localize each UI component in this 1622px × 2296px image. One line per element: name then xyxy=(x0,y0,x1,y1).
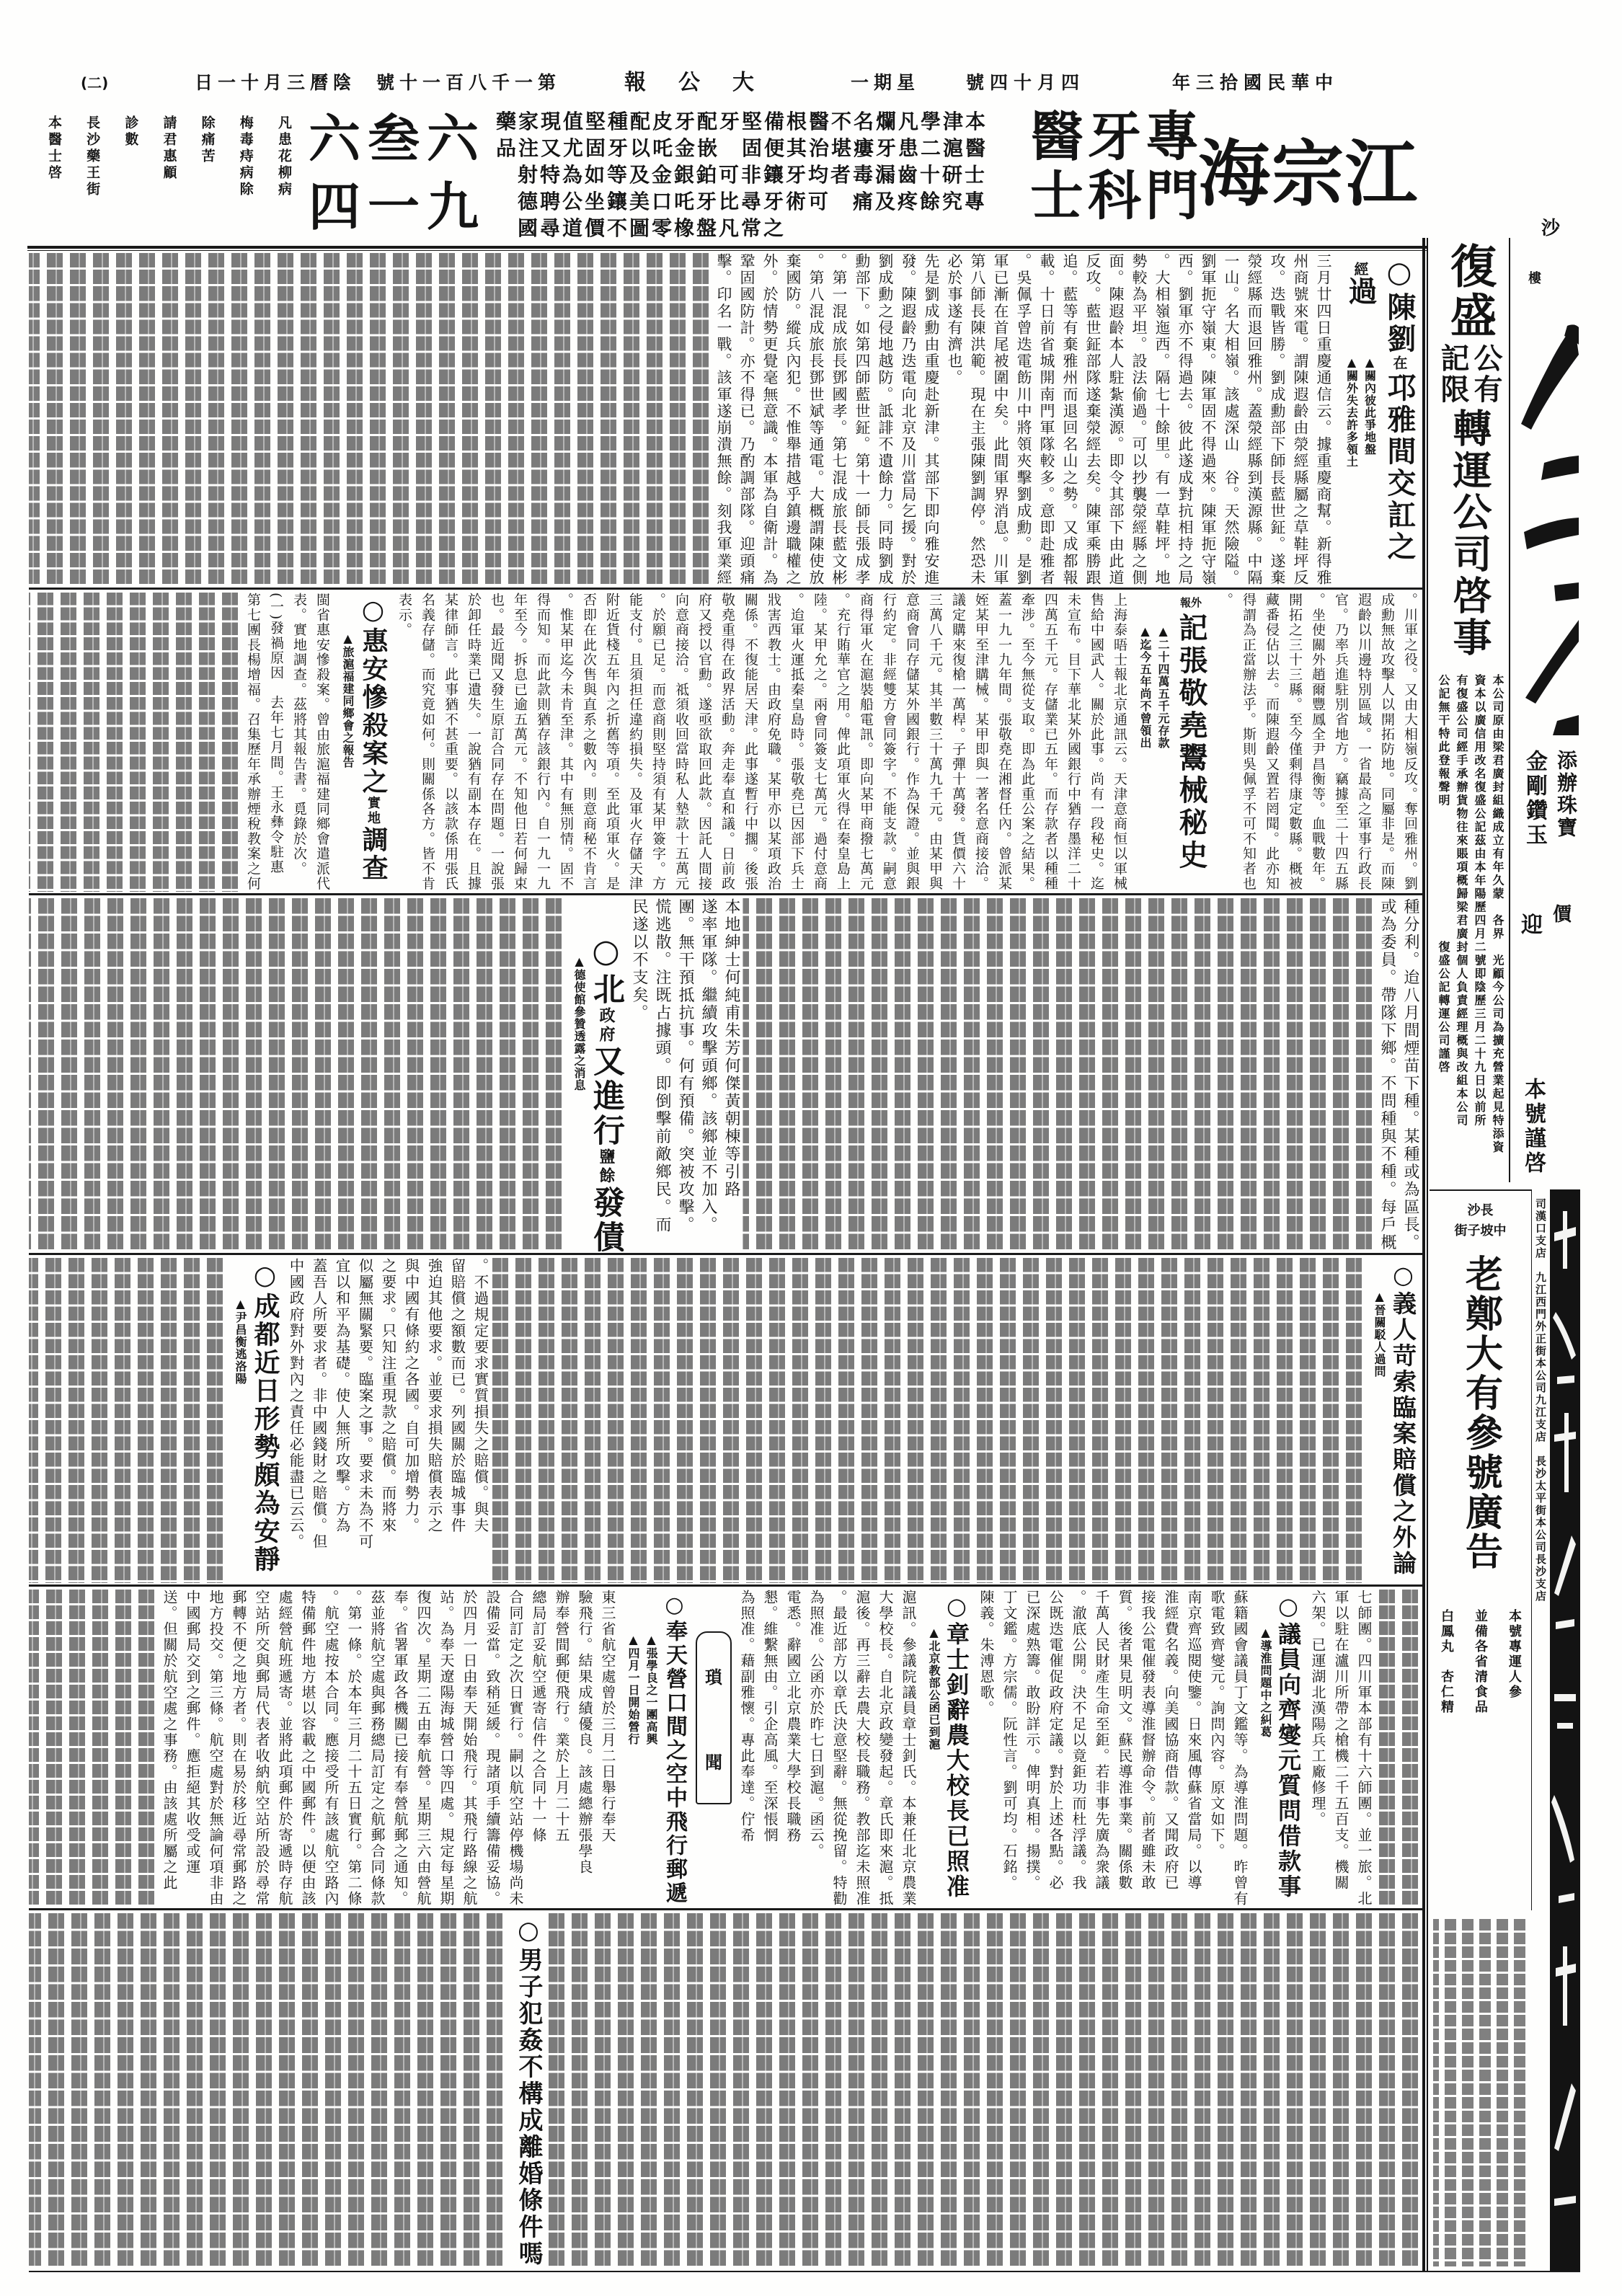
text-column: 宜以和平為基礎。使人無所攻擊。方為 xyxy=(330,1258,353,1583)
issue-number: 第一千八百一十號 xyxy=(376,70,561,96)
illegible-text-columns xyxy=(548,1913,1422,2268)
article-body-chen-liu: 三月廿四日重慶通信云。據重慶商幫。新得雅州商號來電。謂陳遐齡由滎經縣屬之草鞋坪反… xyxy=(712,253,1335,586)
headline-part: ○惠安慘殺案之 xyxy=(358,595,388,796)
text-column: 勢較為平坦。設法偷過。可以抄襲滎經縣之側 xyxy=(1127,253,1151,586)
news-tier-1: ○陳劉在邛雅間交訌之 經過 ▲關內彼此爭地盤▲關外失去許多領土 三月廿四日重慶通… xyxy=(29,253,1422,586)
text-column: 發。陳遐齡乃迭電向北京及川當局乞援。對於 xyxy=(897,253,920,586)
text-column: 滬後。再三辭去農大校長職務。教部迄未照准 xyxy=(851,1590,874,1907)
text-column: 南京齊巡閱使鑒。日來風傳蘇省當局。以導 xyxy=(1182,1590,1205,1907)
ad-item-column: 白鳳丸 杏仁精 xyxy=(1437,1609,1455,1897)
text-column: 擊。印名一戰。該軍遂崩潰無餘。刻我軍業經 xyxy=(712,253,735,586)
text-column: 向意商接洽。祗須收回當時私人墊款十五萬元 xyxy=(670,593,693,892)
subheadline: ▲北京教部公函已到滬 xyxy=(926,1626,941,1907)
text-column: 攻。迭戰皆勝。劉成勳部下師長藍世鉦。遂棄 xyxy=(1266,253,1289,586)
text-column: 。充行賄華官之用。俾此項軍火得在秦皇島上 xyxy=(831,593,854,892)
headline-part: 發債票 xyxy=(588,1186,624,1251)
headline-part: 過 xyxy=(1344,276,1377,305)
headline-group-chen-liu: ○陳劉在邛雅間交訌之 經過 ▲關內彼此爭地盤▲關外失去許多領土 xyxy=(1335,253,1422,586)
phone-row: 九一四 xyxy=(301,173,486,241)
text-column: 售給中國武人。關於此事。尚有一段秘史。迄 xyxy=(1085,593,1108,892)
text-column: 某律師言。此事猶不甚重要。以該款係用張氏 xyxy=(439,593,462,892)
phone-row: 六叁六 xyxy=(301,105,486,173)
subheadline: ▲迄今五年尚不曾領出 xyxy=(1137,624,1153,892)
text-column: 鞏固國防計。亦不得已。乃酌調部隊。迎頭痛 xyxy=(735,253,758,586)
notice-title-big: 復盛 xyxy=(1442,242,1497,340)
text-column: 牽涉。至今無從支取。即為此重公案之結果。 xyxy=(1016,593,1039,892)
jewelry-ad-line: 金剛鑽玉 xyxy=(1518,750,1550,848)
text-column: 淮經費名義。向美國協商借款。又聞政府已 xyxy=(1159,1590,1182,1907)
text-column: 辦奉營間郵便飛行。業於上月二十五 xyxy=(550,1590,573,1907)
dental-ad-title-pair: 牙科 xyxy=(1081,108,1139,226)
text-column: 勳部下。如第四師藍世鉦。第十一師長張成孝 xyxy=(851,253,874,586)
section-rule xyxy=(29,1253,1423,1255)
subheadline: ▲晉關駁人過問 xyxy=(1371,1290,1387,1583)
text-column: 閩省惠安慘殺案。曾由旅滬福建同鄉會遣派代 xyxy=(311,593,334,892)
text-column: 於卸任時業已遺失。一說猶有副本存在。且據 xyxy=(462,593,485,892)
article-body-zhang-shizhao: 滬訊。參議院議員章士釗氏。本兼任北京農業大學校長。自北京政變發起。章氏即來滬。抵… xyxy=(735,1590,920,1907)
miscellany-label-box: 瑣 聞 xyxy=(696,1631,732,1804)
headline: ○惠安慘殺案之實地調查 xyxy=(355,595,390,892)
weekday: 星期一 xyxy=(851,70,920,96)
ad-text-column: 請君惠顧 xyxy=(159,115,178,242)
jewelry-ad-mark: 沙 xyxy=(1541,213,1560,240)
text-column: 為照准。藉副雅懷。專此奉達。佇希 xyxy=(735,1590,758,1907)
text-column: 已深處熟籌。敢盼詳示。俾明真相。揚撲。 xyxy=(1021,1590,1044,1907)
ad-text-column: 診數 xyxy=(121,115,140,242)
text-column: 遐齡以川邊特別區域。一省最高之軍事行政長 xyxy=(1352,593,1375,892)
miscellany-section: 瑣 聞 xyxy=(692,1590,735,1907)
news-tier-3: 種分利。迨八月間煙苗下種。某種或為區長。或為委員。帶隊下鄉。不問種與不種。每戶概… xyxy=(29,898,1422,1251)
ad-text-column: 凡患花柳病 xyxy=(275,115,293,242)
text-column: 商得軍火在滬裝船電訊。即向某甲商撥七萬元 xyxy=(854,593,877,892)
article-body-zhang-jingyao: 上海泰晤士報北京通訊云。天津意商恒以軍械售給中國武人。關於此事。尚有一段秘史。迄… xyxy=(393,593,1131,892)
text-column: 空站所交與郵局代表者收納航空站所設於尋常 xyxy=(250,1590,273,1907)
text-column: 得而知。而此款則猶存該銀行內。自一九一九 xyxy=(531,593,554,892)
headline-continuation: 經過 xyxy=(1341,262,1380,305)
text-column: 本地紳士何純甫朱芳何傑黃朝棟等引路 xyxy=(719,898,743,1251)
text-column: 團。無干預抵抗事。何有預備。突被攻擊。 xyxy=(673,898,696,1251)
text-column: 中國政府對外對內之責任必能盡已云云。 xyxy=(284,1258,307,1583)
headline-part: 調查 xyxy=(358,826,388,882)
text-column: 與中國有條約之各國。自可加增勢力。 xyxy=(399,1258,422,1583)
text-column: 蓋一九一九年間。張敬堯在湘督任內。曾派某 xyxy=(993,593,1016,892)
headline-group-fengtian: ○奉天營口間之空中飛行郵遞 ▲張學良之一團高興▲四月一日開始營行 xyxy=(619,1590,692,1907)
subheadline: ▲二十四萬五千元存款 xyxy=(1155,624,1171,892)
text-column: 開拓之三十三縣。至今僅剩得康定數縣。概被 xyxy=(1283,593,1306,892)
jewelry-ad-line: 添辦珠寶 xyxy=(1551,750,1580,839)
notice-title: 復盛 公有記限 轉運公司啓事 xyxy=(1430,238,1509,659)
ad-text-line: 國尋道價不圖零橡盤凡常之 xyxy=(496,215,1029,241)
headline: ○奉天營口間之空中飛行郵遞 xyxy=(659,1592,689,1907)
text-column: 劉成勳之侵地越防。詆誹不遺餘力。同時劉成 xyxy=(874,253,897,586)
notice-title-small-column: 公有 xyxy=(1470,343,1502,405)
laozheng-ginseng-ad: 長沙 中坡子街 老鄭大有參號廣告 本號專運人參並備各省清食品白鳳丸 杏仁精 xyxy=(1430,1189,1532,1910)
text-column: 追。藍等有棄雅州而退回名山之勢。又成都報 xyxy=(1058,253,1081,586)
text-column: 接我公電催發表導淮督辦命令。前者雖未敢 xyxy=(1136,1590,1159,1907)
subheadline: ▲張學良之一團高興 xyxy=(643,1633,659,1907)
text-column: 種分利。迨八月間煙苗下種。某種或為區長。 xyxy=(1399,898,1422,1251)
jewelry-ad-partial: 價 xyxy=(1553,900,1572,926)
headline-group-huian: ○惠安慘殺案之實地調查 ▲旅滬福建同鄉會之報告 xyxy=(334,593,393,892)
jewelry-ad-signoff: 本號謹啓 xyxy=(1517,1078,1548,1176)
page-number: (二) xyxy=(81,70,108,96)
ad-location: 長沙 xyxy=(1430,1201,1531,1221)
text-column: 滎經縣而退回雅州。蓋滎經縣到漢源縣。中隔 xyxy=(1243,253,1266,586)
text-column: 官。乃率兵進駐別省地方。竊據至二十四五縣 xyxy=(1329,593,1352,892)
text-column: 一山。名大相嶺。該處深山 谷。天然險隘。 xyxy=(1220,253,1243,586)
section-rule xyxy=(29,893,1423,895)
text-column: 第八師長陳洪範。現在主張陳劉調停。然恐未 xyxy=(966,253,989,586)
article-body-huian-continued: 本地紳士何純甫朱芳何傑黃朝棟等引路遂率軍隊。繼續攻擊頭鄉。該鄉並不加入。團。無干… xyxy=(627,898,743,1251)
notice-title-big: 轉運公司啓事 xyxy=(1442,408,1497,659)
headline-part: ○陳劉 xyxy=(1383,256,1416,355)
illegible-text-columns xyxy=(29,593,241,892)
headline-stack: 外報 記張敬堯鬻械秘史 xyxy=(1171,595,1211,892)
text-column: 。澈底公開。決不足以竟鉅功而杜浮議。我 xyxy=(1067,1590,1090,1907)
text-column: 。川軍之役。又由大相嶺反攻。奪回雅州。劉 xyxy=(1399,593,1422,892)
text-column: 強迫其他要求。並要求損失賠償表示之 xyxy=(422,1258,446,1583)
illegible-text-columns xyxy=(743,898,1375,1251)
text-column: 質。後者果見明文。蘇民導淮事業。關係數 xyxy=(1113,1590,1136,1907)
solar-date: 四月十四號 xyxy=(966,70,1085,96)
text-column: 姪某甲至津購械。某甲即與一著名意商接洽。 xyxy=(970,593,993,892)
notice-text-column: 資本以廣信用改名復盛公記茲由本年陽歷四月二號即陰歷三月二十九日以前所 xyxy=(1471,674,1488,1171)
text-column: 蓋吾人所要求者。非中國錢財之賠償。但 xyxy=(307,1258,330,1583)
headline: ○男子犯姦不構成離婚條件嗎 xyxy=(512,1916,545,2268)
republic-year: 中華民國拾三年 xyxy=(1172,70,1339,96)
masthead-title: 大公報 xyxy=(624,70,786,96)
ad-text-column: 梅毒痔病除 xyxy=(236,115,255,242)
text-column: 州商號來電。謂陳遐齡由滎經縣屬之草鞋坪反 xyxy=(1289,253,1312,586)
text-column: 四萬五千元。存儲業已五年。而存款者以種種 xyxy=(1039,593,1062,892)
subheadline: ▲德使館參贊透露之消息 xyxy=(571,954,587,1251)
text-column: 陳義。朱溥恩歌。 xyxy=(975,1590,998,1907)
text-column: 處經營航班遞寄。並將此項郵件於寄遞時存航 xyxy=(273,1590,296,1907)
text-column: 軍已漸在首尾被圍中矣。此間軍界消息。川軍 xyxy=(989,253,1012,586)
ad-text-line: 射特為如等及金銀鉑可非鑲牙均者毒漏齒十研士 xyxy=(496,161,1029,188)
text-column: 民遂以不支矣。 xyxy=(627,898,650,1251)
article-body-huian-continued: 種分利。迨八月間煙苗下種。某種或為區長。或為委員。帶隊下鄉。不問種與不種。每戶概 xyxy=(1375,898,1422,1251)
text-column: 敬堯重得在政界活動。奔走奉直和議。日前政 xyxy=(716,593,739,892)
section-rule xyxy=(29,588,1423,590)
headline-small-part: 實地 xyxy=(365,796,381,826)
text-column: 或為委員。帶隊下鄉。不問種與不種。每戶概 xyxy=(1375,898,1399,1251)
text-column: 三月廿四日重慶通信云。據重慶商幫。新得雅 xyxy=(1312,253,1335,586)
subheadline: ▲旅滬福建同鄉會之報告 xyxy=(340,631,355,892)
text-column: 附近貨棧五年內之折舊等項。至此項軍火。是 xyxy=(601,593,624,892)
text-column: 送。但關於航空處之事務。由該處所屬之此 xyxy=(158,1590,181,1907)
section-tag: 外報 xyxy=(1180,595,1202,610)
subheadlines: ▲旅滬福建同鄉會之報告 xyxy=(340,595,355,892)
ad-title: 老鄭大有參號廣告 xyxy=(1459,1254,1502,1572)
dental-ad-title-pair: 醫士 xyxy=(1024,108,1081,226)
headline: ○成都近日形勢頗為安靜 xyxy=(248,1261,281,1583)
headline-part: 又進行 xyxy=(588,1045,624,1148)
news-tier-5: 七師團。四川軍本部有十六師團。並一旅。北軍以駐在瀘川所帶之槍機二千五百支。機關六… xyxy=(29,1590,1422,1907)
article-body-yiyuan-qi: 蘇籍國會議員丁文鑑等。為導淮問題。昨曾有歌電致齊燮元。詢問內容。原文如下。南京齊… xyxy=(975,1590,1251,1907)
ad-text-column: 除痛苦 xyxy=(198,115,217,242)
headline: ○陳劉在邛雅間交訌之 xyxy=(1380,256,1419,586)
ad-text-line: 藥家現值堅種配皮牙配牙堅備根醫不名爛凡學津本 xyxy=(496,108,1029,135)
text-column: 。坐使關外趙爾豐鳳全尹昌衡等。血戰數年。 xyxy=(1306,593,1329,892)
text-column: 之要求。只知注重現款之賠償。而將來 xyxy=(376,1258,399,1583)
headline-small-part: 政府 xyxy=(597,1007,615,1045)
text-column: 名義存儲。而究竟如何。則關係各方。皆不肯 xyxy=(416,593,439,892)
phone-number-ad: 六叁六 九一四 xyxy=(301,105,486,241)
illegible-text-columns xyxy=(29,253,712,586)
text-column: 為照准。公函亦於昨七日到滬。函云。 xyxy=(805,1590,828,1907)
text-column: 表。實地調查。茲將其報告書。覓錄於次。 xyxy=(288,593,311,892)
news-tier-2: 。川軍之役。又由大相嶺反攻。奪回雅州。劉成勳無故攻擊人以開拓防地。同屬非是。而陳… xyxy=(29,593,1422,892)
text-column: 第七團長楊增福。召集歷年承辦煙稅教案之何 xyxy=(241,593,265,892)
text-column: 西。劉軍亦不得過去。彼此遂成對抗相持之局 xyxy=(1174,253,1197,586)
text-column: 公既迭電催促政府定議。對於上述各點。必 xyxy=(1044,1590,1067,1907)
headline-group-zhang-shizhao: ○章士釗辭農大校長已照准 ▲北京教部公函已到滬 xyxy=(920,1590,975,1907)
section-rule xyxy=(29,1908,1423,1910)
text-column: 。 xyxy=(1214,593,1237,892)
illegible-text-columns xyxy=(29,898,565,1251)
text-column: 年至今。拆息已逾五萬元。不知他日若何歸束 xyxy=(508,593,531,892)
headline-group-nanzi: ○男子犯姦不構成離婚條件嗎 xyxy=(506,1913,548,2268)
text-column: 丁文鑑。方宗儒。阮性言。劉可均。石銘。 xyxy=(998,1590,1021,1907)
headline: ○義人苛索臨案賠償之外論 xyxy=(1387,1261,1419,1583)
text-column: 反攻。藍世鉦部隊遂棄滎經去矣。陳軍乘勝跟 xyxy=(1081,253,1104,586)
text-column: 棄國防。縱兵內犯。不惟舉措越乎鎮邊職權之 xyxy=(781,253,805,586)
text-column: 議定購來復槍一萬桿。子彈十萬發。貨價六十 xyxy=(947,593,970,892)
illegible-text-columns xyxy=(29,1590,158,1907)
text-column: 得謂為正當辦法乎。斯則吳佩孚不可不知者也 xyxy=(1237,593,1260,892)
text-column: 。吳佩孚曾迭電飭川中將領夾擊劉成勳。是劉 xyxy=(1012,253,1035,586)
notice-text-column: 本公司原由梁君廣封組織成立有年久蒙 各界 光顧今公司為擴充營業起見特添資 xyxy=(1489,674,1506,1171)
text-column: 六架。已運湖北漢陽兵工廠修理。 xyxy=(1306,1590,1329,1907)
text-column: 奉。省署軍政各機關已接有奉營航郵之通知。 xyxy=(389,1590,412,1907)
text-column: (一)發禍原因 去年七月間。王永彝令駐惠 xyxy=(265,593,288,892)
article-body-military-continued: 七師團。四川軍本部有十六師團。並一旅。北軍以駐在瀘川所帶之槍機二千五百支。機關六… xyxy=(1306,1590,1375,1907)
text-column: 三萬八千元。其半數三十萬九千元。由某甲與 xyxy=(923,593,947,892)
ad-items: 本號專運人參並備各省清食品白鳳丸 杏仁精 xyxy=(1437,1609,1523,1897)
text-column: 外。於情勢更覺毫無意識。本軍為自衛計。為 xyxy=(758,253,781,586)
bottom-rule xyxy=(29,2271,1580,2272)
miscellany-label-char: 瑣 xyxy=(705,1663,722,1688)
subheadline: ▲四月一日開始營行 xyxy=(625,1633,641,1907)
headline-part: 邛雅間交訌之 xyxy=(1383,373,1416,563)
notice-title-small-column: 記限 xyxy=(1437,343,1468,405)
text-column: 未宣布。目下華北某外國銀行中猶存墨洋二十 xyxy=(1062,593,1085,892)
notice-title-small: 公有記限 xyxy=(1437,343,1502,405)
ad-text-line: 德聘公坐鑲美口吒牙比尋牙術可 痛及疼餘究專 xyxy=(496,188,1029,215)
text-column: 歌電致齊燮元。詢問內容。原文如下。 xyxy=(1205,1590,1228,1907)
headline-group-yiren: ○義人苛索臨案賠償之外論 ▲晉關駁人過問 xyxy=(1365,1258,1422,1583)
jewelry-ad-mark: 樓 xyxy=(1528,268,1541,287)
headline: 記張敬堯鬻械秘史 xyxy=(1171,613,1211,872)
headline-stack: 經過 ▲關內彼此爭地盤▲關外失去許多領土 xyxy=(1341,256,1380,586)
subheadlines: ▲北京教部公函已到滬 xyxy=(926,1592,941,1907)
text-column: 陸。某甲允之。兩會同簽支七萬元。過付意商 xyxy=(808,593,831,892)
dental-ad-title-pair: 專門 xyxy=(1139,108,1197,226)
miscellany-label-char: 聞 xyxy=(705,1748,722,1773)
black-banner-ad xyxy=(1550,1189,1580,2271)
ad-location: 中坡子街 xyxy=(1430,1221,1531,1241)
headline-group-chengdu: ○成都近日形勢頗為安靜 ▲尹昌衡逃洛陽 xyxy=(226,1258,284,1583)
illegible-small-print xyxy=(1433,1919,1528,2266)
text-column: 。航空處按本合同。應接受所有該處航空路內 xyxy=(319,1590,342,1907)
article-body-huian: 閩省惠安慘殺案。曾由旅滬福建同鄉會遣派代表。實地調查。茲將其報告書。覓錄於次。(… xyxy=(241,593,334,892)
text-column: 。第一混成旅長鄧國孝。第七混成旅長藍文彬 xyxy=(828,253,851,586)
text-column: 留賠償之額數而已。列國關於臨城事件 xyxy=(446,1258,469,1583)
text-column: 中國郵局交到之郵件。應拒絕其收受或運 xyxy=(181,1590,204,1907)
subheadlines: ▲導淮問題中之糾葛 xyxy=(1257,1592,1273,1907)
text-column: 先是劉成勳由重慶赴新津。其部下即向雅安進 xyxy=(920,253,943,586)
ad-item-column: 本號專運人參 xyxy=(1504,1609,1523,1897)
text-column: 大學校長。自北京政變發起。章氏即來滬。抵 xyxy=(874,1590,897,1907)
text-column: 驗飛行。結果成績優良。該處總辦張學良 xyxy=(573,1590,596,1907)
text-column: 千萬人民財產生命至鉅。若非事先廣為衆議 xyxy=(1090,1590,1113,1907)
headline-group-yiyuan-qi: ○議員向齊燮元質問借款事 ▲導淮問題中之糾葛 xyxy=(1251,1590,1306,1907)
news-tier-4: ○義人苛索臨案賠償之外論 ▲晉關駁人過問 。不過規定要求實質損失之賠償。與夫留賠… xyxy=(29,1258,1422,1583)
text-column: 。迨軍火運抵秦皇島時。張敬堯已因部下兵士 xyxy=(785,593,808,892)
subheadlines: ▲德使館參贊透露之消息 xyxy=(571,933,587,1251)
article-body-fengtian: 東三省航空處曾於三月二日舉行奉天驗飛行。結果成績優良。該處總辦張學良辦奉營間郵便… xyxy=(158,1590,619,1907)
branch-offices: 司漢口支店 九江西門外正街本公司九江支店 長沙太平街本公司長沙支店 xyxy=(1533,1198,1548,1905)
subheadlines: ▲關內彼此爭地盤▲關外失去許多領土 xyxy=(1344,355,1378,468)
news-tier-6: ○男子犯姦不構成離婚條件嗎 xyxy=(29,1913,1422,2268)
text-column: 否即在此次售與直系之數內。則意商秘不肯言 xyxy=(577,593,601,892)
headline: ○議員向齊燮元質問借款事 xyxy=(1273,1592,1303,1907)
dental-ad-title: 江宗海 xyxy=(1198,124,1419,225)
banner-calligraphy xyxy=(1550,1189,1580,2271)
text-column: 遂率軍隊。繼續攻擊頭鄉。該鄉並不加入。 xyxy=(696,898,719,1251)
text-column: 七師團。四川軍本部有十六師團。並一旅。北 xyxy=(1352,1590,1375,1907)
subheadline: ▲關內彼此爭地盤 xyxy=(1362,355,1378,468)
subheadline: ▲尹昌衡逃洛陽 xyxy=(232,1297,248,1583)
headline-group-zhang-jingyao: 外報 記張敬堯鬻械秘史 ▲二十四萬五千元存款▲迄今五年尚不曾領出 xyxy=(1131,593,1214,892)
text-column: 必於事遂有濟也。 xyxy=(943,253,966,586)
text-column: 似屬無關緊要。臨案之事。要求未為不可 xyxy=(353,1258,376,1583)
dental-ad-text: 藥家現值堅種配皮牙配牙堅備根醫不名爛凡學津本品注又尤固牙以吒金嵌 固便其治堪瘻牙… xyxy=(496,108,1029,241)
subheadlines: ▲尹昌衡逃洛陽 xyxy=(232,1261,248,1583)
text-column: 復四次。星期二五由奉航營。星期三六由營航 xyxy=(412,1590,435,1907)
text-column: 慌逃散。注既占據頭。即倒擊前敵鄉民。而 xyxy=(650,898,673,1251)
text-column: 載。十日前省城開南門軍隊較多。意即赴雅者 xyxy=(1035,253,1058,586)
jewelry-ad-welcome: 迎 xyxy=(1521,907,1543,939)
notice-text-column: 公記無干特此登報聲明 復盛公記轉運公司謹啓 xyxy=(1435,674,1452,1171)
illegible-text-columns xyxy=(492,1258,1365,1583)
text-column: 。於願已足。而意商則堅持須有某甲簽字。方 xyxy=(647,593,670,892)
text-column: 設備妥當。致稍延緩。現諸項手續籌備妥協。已 xyxy=(481,1590,504,1907)
ad-item-column: 並備各省清食品 xyxy=(1471,1609,1489,1897)
headline-small-part: 經 xyxy=(1352,262,1369,276)
text-column: 站。為奉天遼陽海城營口等四處。規定每星期往 xyxy=(435,1590,458,1907)
masthead-calligraphy-cropped xyxy=(1517,303,1579,735)
notice-text-column: 有復盛公司經手承辦貨物往來賬項概歸梁君廣封個人負責經理概與改組本公司 xyxy=(1453,674,1470,1171)
text-column: 。不過規定要求實質損失之賠償。與夫 xyxy=(469,1258,492,1583)
text-column: 行約定。非經雙方會同簽字。不能支款。嗣意 xyxy=(877,593,900,892)
text-column: 茲並將航空處與郵務總局訂定之航郵合同條款錄下 xyxy=(365,1590,389,1907)
text-column: 上海泰晤士報北京通訊云。天津意商恒以軍械 xyxy=(1108,593,1131,892)
text-column: 東三省航空處曾於三月二日舉行奉天 xyxy=(596,1590,619,1907)
illegible-text-columns xyxy=(1375,1590,1422,1907)
ad-text-column: 本醫士啓 xyxy=(45,115,63,242)
text-column: 能支付。且須担任違約損失。及軍火存儲天津 xyxy=(624,593,647,892)
text-column: 軍以駐在瀘川所帶之槍機二千五百支。機關 xyxy=(1329,1590,1352,1907)
text-column: 於四月一日由奉天開始飛行。其飛行路線之航 xyxy=(458,1590,481,1907)
headline-small-part: 鹽餘 xyxy=(597,1148,615,1186)
text-column: 總局訂妥航空遞寄信件之合同十一條 xyxy=(527,1590,550,1907)
notice-body: 本公司原由梁君廣封組織成立有年久蒙 各界 光顧今公司為擴充營業起見特添資資本以廣… xyxy=(1435,674,1506,1171)
text-column: 。最近部方以章氏決意堅辭。無從挽留。特勸 xyxy=(828,1590,851,1907)
text-column: 滬訊。參議院議員章士釗氏。本兼任北京農業 xyxy=(897,1590,920,1907)
headline: ○章士釗辭農大校長已照准 xyxy=(941,1592,972,1907)
text-column: 懇。維繫無由。引企高風。至深悵惘 xyxy=(758,1590,781,1907)
clinic-ad: 凡患花柳病梅毒痔病除除痛苦請君惠顧診數長沙藥王街本醫士啓 xyxy=(45,115,293,242)
headline: ○北政府又進行鹽餘發債票 xyxy=(587,933,624,1251)
text-column: 意商會同存儲某外國銀行。作為保證。並與銀 xyxy=(900,593,923,892)
ad-text-column: 長沙藥王街 xyxy=(83,115,102,242)
text-column: 合同訂定之次日實行。嗣以航空站停機場尚未 xyxy=(504,1590,527,1907)
article-body-sichuan-continued: 。川軍之役。又由大相嶺反攻。奪回雅州。劉成勳無故攻擊人以開拓防地。同屬非是。而陳… xyxy=(1214,593,1422,892)
illegible-text-columns xyxy=(29,1913,506,2268)
fusheng-company-notice: 復盛 公有記限 轉運公司啓事 本公司原由梁君廣封組織成立有年久蒙 各界 光顧今公… xyxy=(1430,238,1510,1182)
headline-small-part: 在 xyxy=(1391,355,1408,373)
text-column: 地方投交。第三條。航空處對於無論何項非由 xyxy=(204,1590,227,1907)
headline-group-beijing-bonds: ○北政府又進行鹽餘發債票 ▲德使館參贊透露之消息 xyxy=(565,898,627,1251)
text-column: 。大相嶺迤西。隔七十餘里。有一草鞋坪。地 xyxy=(1151,253,1174,586)
text-column: 戕害西教士。由政府免職。某甲亦以某項政治 xyxy=(762,593,785,892)
text-column: 也。最近聞又發生原訂合同存在問題。一說張 xyxy=(485,593,508,892)
text-column: 。第八混成旅長鄧世斌等通電。大概謂陳使放 xyxy=(805,253,828,586)
text-column: 郵轉不便之地方者。則在易於移近尋常郵路之 xyxy=(227,1590,250,1907)
article-body-yiren: 。不過規定要求實質損失之賠償。與夫留賠償之額數而已。列國關於臨城事件強迫其他要求… xyxy=(284,1258,492,1583)
text-column: 府又授以官勳。遂亟欲取回此款。因託人間接 xyxy=(693,593,716,892)
subheadline: ▲關外失去許多領土 xyxy=(1344,355,1360,468)
text-column: 。第一條。於本年三月二十五日實行。第二條 xyxy=(342,1590,365,1907)
text-column: 成勳無故攻擊人以開拓防地。同屬非是。而陳 xyxy=(1375,593,1399,892)
text-column: 劉軍扼守嶺東。陳軍固不得過來。陳軍扼守嶺 xyxy=(1197,253,1220,586)
headline-part: ○北 xyxy=(588,933,624,1007)
subheadlines: ▲晉關駁人過問 xyxy=(1371,1261,1387,1583)
text-column: 關係。不復能居天津。此事遂暫行中擱。後張 xyxy=(739,593,762,892)
lunar-date: 陰曆三月十一日 xyxy=(195,70,356,96)
sidebar-divider xyxy=(1422,238,1428,2272)
text-column: 表示。 xyxy=(393,593,416,892)
text-column: 電悉。辭國立北京農業大學校長職務 xyxy=(781,1590,805,1907)
subheadlines: ▲張學良之一團高興▲四月一日開始營行 xyxy=(625,1592,659,1907)
illegible-text-columns xyxy=(29,1258,226,1583)
subheadline: ▲導淮問題中之糾葛 xyxy=(1257,1626,1273,1907)
text-column: 。惟某甲迄今未肯至津。其中有無別情。固不 xyxy=(554,593,577,892)
text-column: 面。陳遐齡本人駐紮漢源。即令其部下由此道 xyxy=(1104,253,1127,586)
top-rule xyxy=(27,246,1427,251)
section-rule xyxy=(29,1584,1423,1587)
subheadlines: ▲二十四萬五千元存款▲迄今五年尚不曾領出 xyxy=(1137,595,1171,892)
text-column: 藏番侵佔以去。而陳遐齡又置若罔聞。此亦知 xyxy=(1260,593,1283,892)
newspaper-page: (二) 陰曆三月十一日 第一千八百一十號 大公報 星期一 四月十四號 中華民國拾… xyxy=(0,0,1622,2296)
text-column: 蘇籍國會議員丁文鑑等。為導淮問題。昨曾有 xyxy=(1228,1590,1251,1907)
ad-text-line: 品注又尤固牙以吒金嵌 固便其治堪瘻牙患二滬醫 xyxy=(496,135,1029,161)
text-column: 特備郵件地方堪以容載之中國郵件。以便由該 xyxy=(296,1590,319,1907)
